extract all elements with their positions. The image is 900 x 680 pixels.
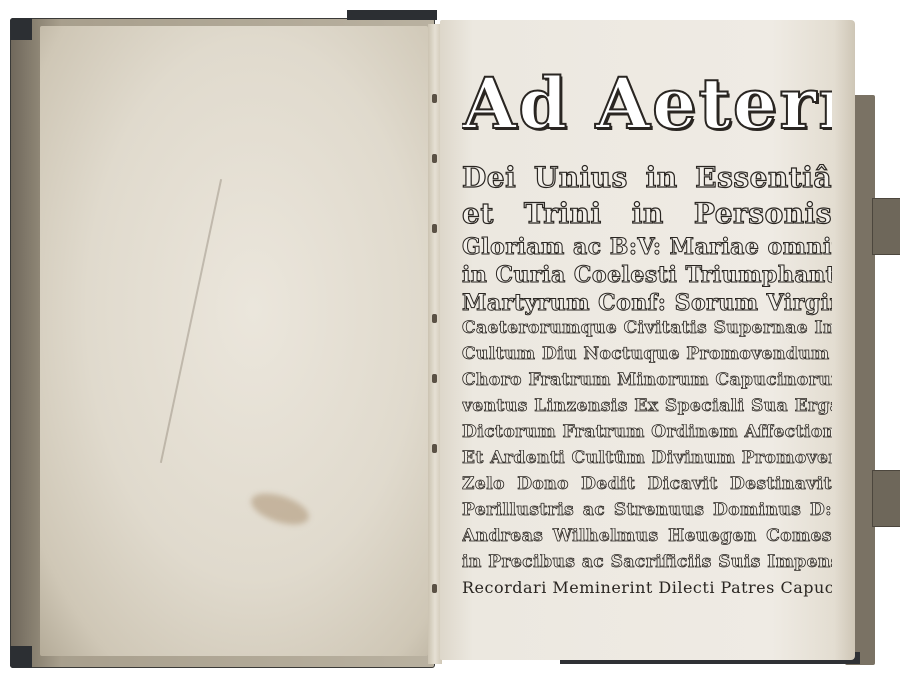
binding-stitch bbox=[432, 444, 437, 453]
inscription-line: et Trini in Personis bbox=[462, 200, 832, 236]
page-stain bbox=[247, 487, 312, 530]
inscription-title: Ad Aeternae bbox=[462, 44, 832, 164]
inscription-final-line: Recordari Meminerint Dilecti Patres Capu… bbox=[462, 580, 832, 606]
metal-corner-top-left bbox=[10, 18, 32, 40]
clasp-upper bbox=[872, 198, 900, 255]
inscription-line: Gloriam ac B:V: Mariae omniumq; bbox=[462, 236, 832, 264]
binding-stitch bbox=[432, 314, 437, 323]
metal-corner-bottom-left bbox=[10, 646, 32, 668]
inscription-line: Cultum Diu Noctuque Promovendum Me bbox=[462, 346, 832, 372]
left-pastedown-page bbox=[40, 26, 428, 656]
clasp-lower bbox=[872, 470, 900, 527]
inscription-line: in Precibus ac Sacrificiis Suis Impensè bbox=[462, 554, 832, 580]
binding-stitch bbox=[432, 584, 437, 593]
inscription-line: Martyrum Conf: Sorum Virginum bbox=[462, 292, 832, 320]
metal-corner-top-right bbox=[347, 10, 437, 20]
inscription-line: Zelo Dono Dedit Dicavit Destinavit bbox=[462, 476, 832, 502]
open-book: Ad Aeternae Dei Unius in Essentiâ et Tri… bbox=[0, 0, 900, 680]
inscription-line: Et Ardenti Cultûm Divinum Promovendi bbox=[462, 450, 832, 476]
inscription-line: Andreas Wilhelmus Heuegen Comes bbox=[462, 528, 832, 554]
inscription-line: Dictorum Fratrum Ordinem Affectione bbox=[462, 424, 832, 450]
calligraphic-inscription: Ad Aeternae Dei Unius in Essentiâ et Tri… bbox=[462, 44, 832, 606]
binding-stitch bbox=[432, 154, 437, 163]
inscription-line: Caeterorumque Civitatis Supernae Incolar… bbox=[462, 320, 832, 346]
page-crease bbox=[160, 179, 222, 463]
inscription-line: in Curia Coelesti Triumphantium bbox=[462, 264, 832, 292]
inscription-line: ventus Linzensis Ex Speciali Sua Ergà bbox=[462, 398, 832, 424]
inscription-line: Perillustris ac Strenuus Dominus D: bbox=[462, 502, 832, 528]
binding-stitch bbox=[432, 224, 437, 233]
inscription-line: Dei Unius in Essentiâ bbox=[462, 164, 832, 200]
binding-stitch bbox=[432, 94, 437, 103]
binding-stitch bbox=[432, 374, 437, 383]
inscription-line: Choro Fratrum Minorum Capucinorum Con- bbox=[462, 372, 832, 398]
